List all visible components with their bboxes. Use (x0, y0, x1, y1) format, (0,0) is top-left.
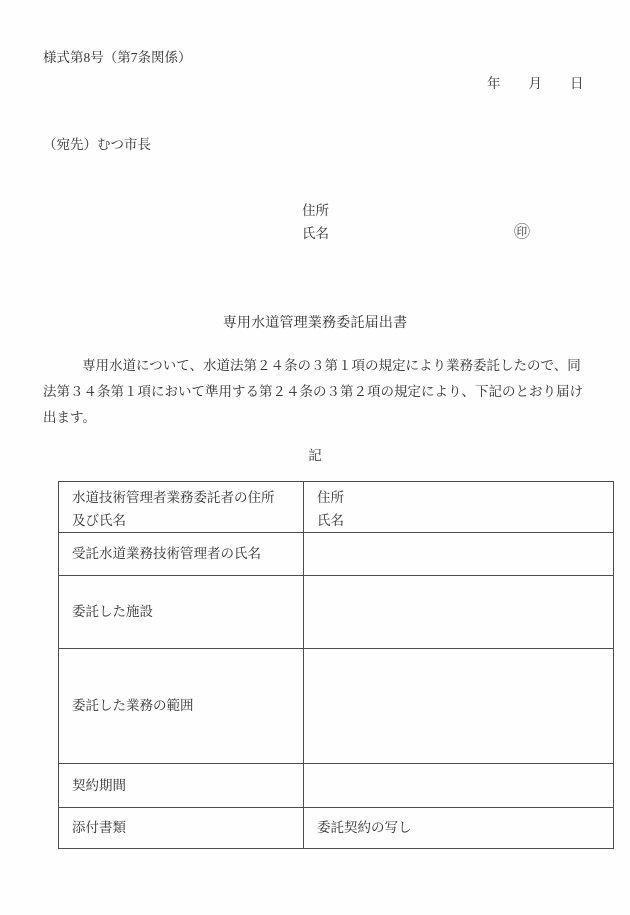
row-value-line: 委託契約の写し (317, 817, 607, 839)
table-row: 水道技術管理者業務委託者の住所 及び氏名 住所 氏名 (59, 482, 614, 533)
recipient-line: （宛先）むつ市長 (43, 136, 151, 153)
body-line: 出ます。 (43, 405, 583, 431)
row-value-line: 住所 (317, 486, 607, 509)
seal-stamp-icon: ㊞ (514, 224, 530, 242)
row-label: 添付書類 (59, 808, 304, 849)
row-label: 受託水道業務技術管理者の氏名 (59, 533, 304, 576)
table-row: 委託した業務の範囲 (59, 649, 614, 764)
row-value (304, 649, 614, 764)
row-label-line: 契約期間 (72, 775, 297, 797)
row-label-line: 水道技術管理者業務委託者の住所 (72, 486, 297, 509)
row-value (304, 576, 614, 649)
row-label-line: 添付書類 (72, 817, 297, 839)
body-paragraph: 専用水道について、水道法第２４条の３第１項の規定により業務委託したので、同 法第… (43, 353, 583, 431)
section-marker: 記 (0, 444, 630, 464)
row-label: 委託した業務の範囲 (59, 649, 304, 764)
row-label-line: 委託した業務の範囲 (72, 695, 297, 717)
form-number: 様式第8号（第7条関係） (43, 49, 192, 66)
table-row: 添付書類 委託契約の写し (59, 808, 614, 849)
row-label-line: 及び氏名 (72, 509, 297, 532)
date-line: 年 月 日 (487, 75, 584, 92)
row-value (304, 533, 614, 576)
body-line: 専用水道について、水道法第２４条の３第１項の規定により業務委託したので、同 (43, 353, 583, 379)
row-label: 契約期間 (59, 764, 304, 808)
body-line: 法第３４条第１項において準用する第２４条の３第２項の規定により、下記のとおり届け (43, 379, 583, 405)
submitter-address-label: 住所 (302, 202, 329, 219)
document-title: 専用水道管理業務委託届出書 (0, 312, 630, 332)
document-page: 様式第8号（第7条関係） 年 月 日 （宛先）むつ市長 住所 氏名 ㊞ 専用水道… (0, 0, 630, 915)
row-value-line: 氏名 (317, 509, 607, 532)
row-value: 住所 氏名 (304, 482, 614, 533)
delegation-table: 水道技術管理者業務委託者の住所 及び氏名 住所 氏名 受託水道業務技術管理者の氏… (58, 481, 614, 849)
row-value: 委託契約の写し (304, 808, 614, 849)
row-label: 水道技術管理者業務委託者の住所 及び氏名 (59, 482, 304, 533)
row-label-line: 受託水道業務技術管理者の氏名 (72, 543, 297, 565)
date-month-label: 月 (529, 75, 543, 92)
table-row: 委託した施設 (59, 576, 614, 649)
table-row: 契約期間 (59, 764, 614, 808)
row-label-line: 委託した施設 (72, 601, 297, 623)
submitter-name-label: 氏名 (302, 225, 329, 242)
row-label: 委託した施設 (59, 576, 304, 649)
date-year-label: 年 (487, 75, 501, 92)
date-day-label: 日 (570, 75, 584, 92)
table-row: 受託水道業務技術管理者の氏名 (59, 533, 614, 576)
row-value (304, 764, 614, 808)
